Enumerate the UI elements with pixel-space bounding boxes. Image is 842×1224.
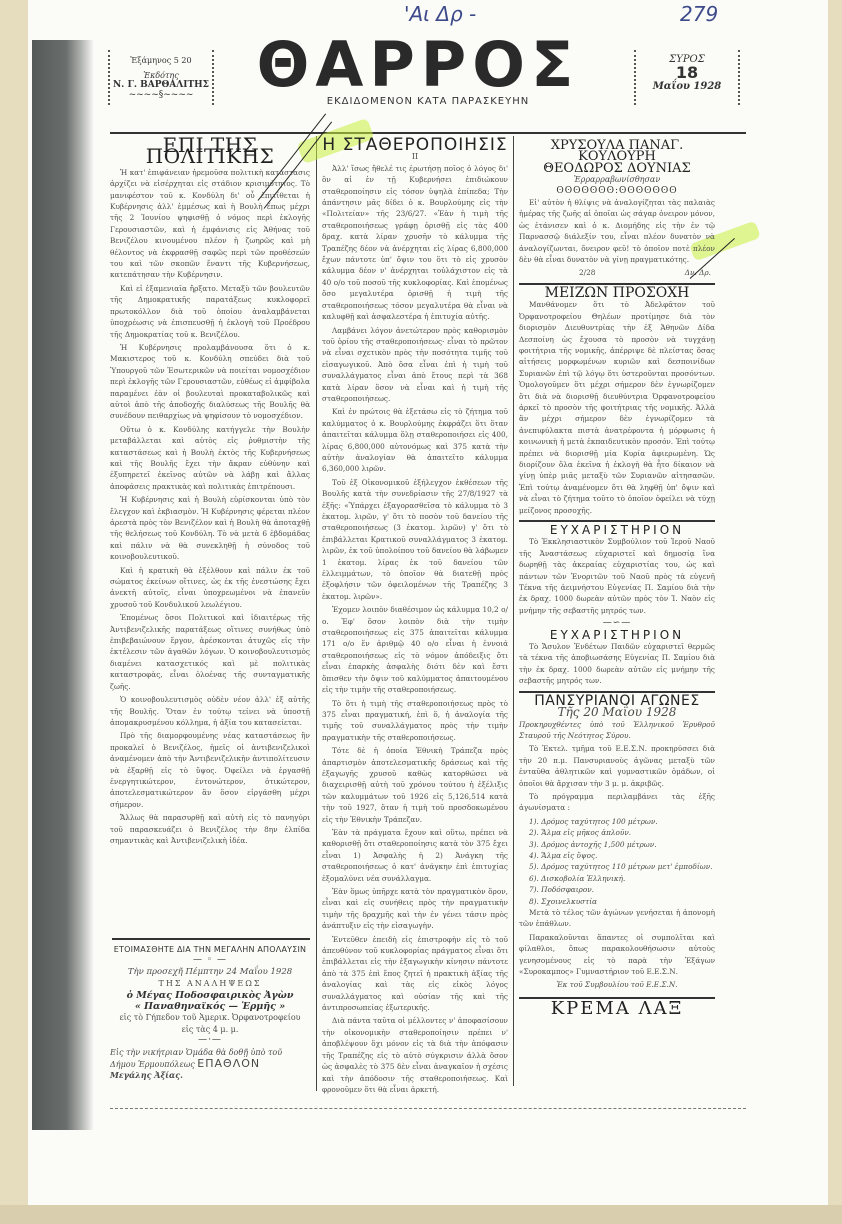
issue-date: Μαΐου 1928 xyxy=(636,81,738,92)
subscription-line: Ἐξάμηνος 5 20 xyxy=(110,56,212,65)
games-date: Τῆς 20 Μαΐου 1928 xyxy=(519,707,715,718)
ad-time: εἰς τὰς 4 μ. μ. xyxy=(110,1024,310,1035)
notice-signature: Δν. Δρ. xyxy=(685,267,711,278)
paragraph: Τοῦ ἐξ Οἰκονομικοῦ ἐξήλεγχον ἐκθέσεων τῆ… xyxy=(322,477,508,602)
handwritten-note-left: 'Αι Δρ - xyxy=(404,2,476,26)
meizon-heading: ΜΕΙΖΩΝ ΠΡΟΣΟΧΗ xyxy=(519,288,715,299)
ornament: — ◦ — xyxy=(110,955,310,966)
issue-day: 18 xyxy=(636,65,738,81)
column-politics: ΕΠΙ ΤΗΣ ΠΟΛΙΤΙΚΗΣ Ἡ κατ' ἐπιφάνειαν ἠρεμ… xyxy=(110,140,310,848)
ad-event: ὁ Μέγας Ποδοσφαιρικὸς Ἀγὼν xyxy=(110,990,310,1001)
ad-prize-text: Εἰς τὴν νικήτριαν Ὁμάδα θὰ δοθῇ ὑπὸ τοῦ … xyxy=(110,1047,310,1071)
paragraph: Ἐντεῦθεν ἐπειδὴ εἰς ἐπιστροφὴν εἰς τὸ το… xyxy=(322,934,508,1014)
football-ad: ΕΤΟΙΜΑΣΘΗΤΕ ΔΙΑ ΤΗΝ ΜΕΓΑΛΗΝ ΑΠΟΛΑΥΣΙΝ — … xyxy=(110,944,310,1082)
article-heading-stabilization: Η ΣΤΑΘΕΡΟΠΟΙΗΣΙΣ xyxy=(322,140,508,151)
column-notices: ΧΡΥΣΟΥΛΑ ΠΑΝΑΓ. ΚΟΥΛΟΥΡΗ ΘΕΟΔΩΡΟΣ ΔΟΥΝΙΑ… xyxy=(519,140,715,1014)
article-heading-politics: ΕΠΙ ΤΗΣ ΠΟΛΙΤΙΚΗΣ xyxy=(110,140,310,163)
publisher-label: Ἐκδότης xyxy=(110,71,212,80)
paragraph: Λαμβάνει λόγον ἀνετώτερον πρὸς καθορισμὸ… xyxy=(322,325,508,405)
paragraph: Πρὸ τῆς διαμορφουμένης νέας καταστάσεως … xyxy=(110,730,310,810)
publisher-name: Ν. Γ. ΒΑΡΘΑΛΙΤΗΣ xyxy=(110,80,212,90)
ad-teams: « Παναθηναϊκός — Ἑρμῆς » xyxy=(110,1001,310,1012)
newspaper-title: ΘΑΡΡΟΣ xyxy=(248,28,588,101)
section-rule xyxy=(519,520,715,522)
article-body-politics: Ἡ κατ' ἐπιφάνειαν ἠρεμοῦσα πολιτικὴ κατά… xyxy=(110,167,310,847)
paragraph: Ἐὰν τὰ πράγματα ἔχουν καὶ οὕτω, πρέπει ν… xyxy=(322,827,508,884)
column-divider-1 xyxy=(316,136,317,1091)
event-item: 7). Ποδόσφαιρον. xyxy=(529,884,715,895)
ad-prize-end: Μεγάλης Ἀξίας. xyxy=(110,1070,310,1081)
paragraph: Καὶ ἐν πρώτοις θὰ ἐξετάσω εἰς τὸ ζήτημα … xyxy=(322,406,508,474)
handwritten-page-number: 279 xyxy=(680,2,718,26)
paragraph: Ἐχομεν λοιπὸν διαθέσιμον ὡς κάλυμμα 10,2… xyxy=(322,604,508,695)
paragraph: Ἡ Κυβέρνησις καὶ ἡ Βουλὴ εὑρίσκονται ὑπὸ… xyxy=(110,494,310,562)
paragraph: Ἐπομένως ὅσοι Πολιτικοὶ καὶ ἰδιαιτέρως τ… xyxy=(110,612,310,692)
newspaper-subtitle: ΕΚΔΙΔΟΜΕΝΟΝ ΚΑΤΑ ΠΑΡΑΣΚΕΥΗΝ xyxy=(278,96,578,107)
date-box: ΣΥΡΟΣ 18 Μαΐου 1928 xyxy=(634,50,740,105)
paragraph: Ἡ κατ' ἐπιφάνειαν ἠρεμοῦσα πολιτικὴ κατά… xyxy=(110,167,310,281)
event-item: 5). Δρόμος ταχύτητος 110 μέτρων μετ' ἐμπ… xyxy=(529,861,715,872)
ad-heading: ΕΤΟΙΜΑΣΘΗΤΕ ΔΙΑ ΤΗΝ ΜΕΓΑΛΗΝ ΑΠΟΛΑΥΣΙΝ xyxy=(110,944,310,955)
games-event-list: 1). Δρόμος ταχύτητος 100 μέτρων. 2). Ἅλμ… xyxy=(519,816,715,907)
thanks-text-2: Τὸ Ἄσυλον Ἐνδέτων Παιδῶν εὐχαριστεῖ θερμ… xyxy=(519,641,715,687)
thanks-notice-1: ΕΥΧΑΡΙΣΤΗΡΙΟΝ Τὸ Ἐκκλησιαστικὸν Συμβούλι… xyxy=(519,525,715,630)
notice-footer: 2/28 Δν. Δρ. xyxy=(519,267,715,278)
paragraph: Οὕτω ὁ κ. Κονδύλης κατήγγελε τὴν Βουλὴν … xyxy=(110,424,310,492)
ornament: —·— xyxy=(110,1035,310,1046)
event-item: 1). Δρόμος ταχύτητος 100 μέτρων. xyxy=(529,816,715,827)
paragraph: Ἄλλως θὰ παρασυρθῇ καὶ αὐτὴ εἰς τὸ πανηγ… xyxy=(110,812,310,846)
scan-shadow xyxy=(32,40,94,1130)
notice-code: 2/28 xyxy=(579,267,595,278)
paragraph: Ὁ κοινοβουλευτισμὸς οὐδὲν νέον ἀλλ' ἐξ α… xyxy=(110,694,310,728)
meizon-prosochi: ΜΕΙΖΩΝ ΠΡΟΣΟΧΗ Μανθάνομεν ὅτι τὸ Ἀδελφᾶτ… xyxy=(519,288,715,516)
column-divider-2 xyxy=(513,136,514,1086)
engagement-notice: ΧΡΥΣΟΥΛΑ ΠΑΝΑΓ. ΚΟΥΛΟΥΡΗ ΘΕΟΔΩΡΟΣ ΔΟΥΝΙΑ… xyxy=(519,140,715,279)
paragraph: Ἡ Κυβέρνησις προλαμβάνουσα ὅτι ὁ κ. Μακι… xyxy=(110,342,310,422)
meizon-text: Μανθάνομεν ὅτι τὸ Ἀδελφᾶτον τοῦ Ὀρφανοτρ… xyxy=(519,299,715,516)
ornament: ~~~~§~~~~ xyxy=(110,90,212,100)
event-item: 8). Σχοινελκυστία xyxy=(529,896,715,907)
games-after: Μετὰ τὸ τέλος τῶν ἀγώνων γενήσεται ἡ ἀπο… xyxy=(519,907,715,930)
games-program-intro: Τὸ πρόγραμμα περιλαμβάνει τὰς ἑξῆς ἀγωνί… xyxy=(519,791,715,814)
column-stabilization: Η ΣΤΑΘΕΡΟΠΟΙΗΣΙΣ II Ἀλλ' ἴσως ἤθελέ τις … xyxy=(322,140,508,1097)
thanks-text-1: Τὸ Ἐκκλησιαστικὸν Συμβούλιον τοῦ Ἱεροῦ Ν… xyxy=(519,536,715,616)
games-organizer: Προκηρυχθέντες ὑπὸ τοῦ Ἑλληνικοῦ Ἐρυθροῦ… xyxy=(519,719,715,742)
ad-venue: εἰς τὸ Γήπεδον τοῦ Ἀμερικ. Ὀρφανοτροφείο… xyxy=(110,1012,310,1023)
paragraph: Τότε δὲ ἡ ὁποία Ἐθνικὴ Τράπεζα πρὸς ἀπαρ… xyxy=(322,745,508,825)
event-item: 6). Δισκοβολία Ἑλληνική. xyxy=(529,873,715,884)
paragraph: Ἀλλ' ἴσως ἤθελέ τις ἐρωτήσῃ ποῖος ὁ λόγο… xyxy=(322,163,508,323)
pansyrian-games: ΠΑΝΣΥΡΙΑΝΟΙ ΑΓΩΝΕΣ Τῆς 20 Μαΐου 1928 Προ… xyxy=(519,696,715,991)
event-item: 4). Ἅλμα εἰς ὕψος. xyxy=(529,850,715,861)
ad-rule-top xyxy=(112,938,310,940)
engagement-names-2: ΘΕΟΔΩΡΟΣ ΔΟΥΝΙΑΣ xyxy=(519,163,715,174)
ad-date: Τὴν προσεχῆ Πέμπτην 24 Μαΐου 1928 xyxy=(110,967,310,978)
notice-text: Εἰ' αὐτὸν ἡ θλίψις νὰ ἀναλογίζηται τὰς π… xyxy=(519,197,715,265)
paragraph: Καὶ ἡ κρατικὴ θὰ ἐξέλθουν καὶ πάλιν ἐκ τ… xyxy=(110,565,310,611)
paragraph: Τὸ ὅτι ἡ τιμὴ τῆς σταθεροποιήσεως πρὸς τ… xyxy=(322,698,508,744)
thanks-heading-1: ΕΥΧΑΡΙΣΤΗΡΙΟΝ xyxy=(519,525,715,536)
thanks-notice-2: ΕΥΧΑΡΙΣΤΗΡΙΟΝ Τὸ Ἄσυλον Ἐνδέτων Παιδῶν ε… xyxy=(519,630,715,687)
prize-word: ΕΠΑΘΛΟΝ xyxy=(197,1057,260,1070)
publisher-box: Ἐξάμηνος 5 20 Ἐκδότης Ν. Γ. ΒΑΡΘΑΛΙΤΗΣ ~… xyxy=(108,50,214,105)
masthead: Ἐξάμηνος 5 20 Ἐκδότης Ν. Γ. ΒΑΡΘΑΛΙΤΗΣ ~… xyxy=(108,50,740,118)
crema-lax-ad: ΚΡΕΜΑ ΛΑΞ xyxy=(519,1003,715,1014)
scan-bottom-edge xyxy=(0,1205,842,1224)
engagement-names-1: ΧΡΥΣΟΥΛΑ ΠΑΝΑΓ. ΚΟΥΛΟΥΡΗ xyxy=(519,140,715,163)
games-signature: Ἐκ τοῦ Συμβουλίου τοῦ Ε.Ε.Σ.Ν. xyxy=(519,979,715,990)
games-invite: Παρακαλοῦνται ἅπαντες οἱ συμπολῖται καὶ … xyxy=(519,932,715,978)
event-item: 3). Δρόμος ἀντοχῆς 1,500 μέτρων. xyxy=(529,839,715,850)
engagement-status: Ἐρραρραβωνίσθησαν xyxy=(519,174,715,185)
page-bottom-rule xyxy=(110,1108,746,1109)
paragraph: Διὰ πάντα ταῦτα οἱ μέλλοντες ν' ἀποφασίσ… xyxy=(322,1015,508,1095)
games-intro: Τὸ Ἐκτελ. τμῆμα τοῦ Ε.Ε.Σ.Ν. προκηρύσσει… xyxy=(519,743,715,789)
thanks-heading-2: ΕΥΧΑΡΙΣΤΗΡΙΟΝ xyxy=(519,630,715,641)
ad-occasion: ΤΗΣ ΑΝΑΛΗΨΕΩΣ xyxy=(110,978,310,989)
paragraph: Ἐὰν ὅμως ὑπῆρχε κατὰ τὸν πραγματικὸν ὅρο… xyxy=(322,886,508,932)
event-item: 2). Ἅλμα εἰς μῆκος ἁπλοῦν. xyxy=(529,827,715,838)
paragraph: Καὶ εἰ ἐξαμενιαῖα ἤρξατο. Μεταξὺ τῶν βου… xyxy=(110,283,310,340)
ornament-chain: ʘʘʘʘʘʘʘ:ʘʘʘʘʘʘʘ xyxy=(519,186,715,197)
